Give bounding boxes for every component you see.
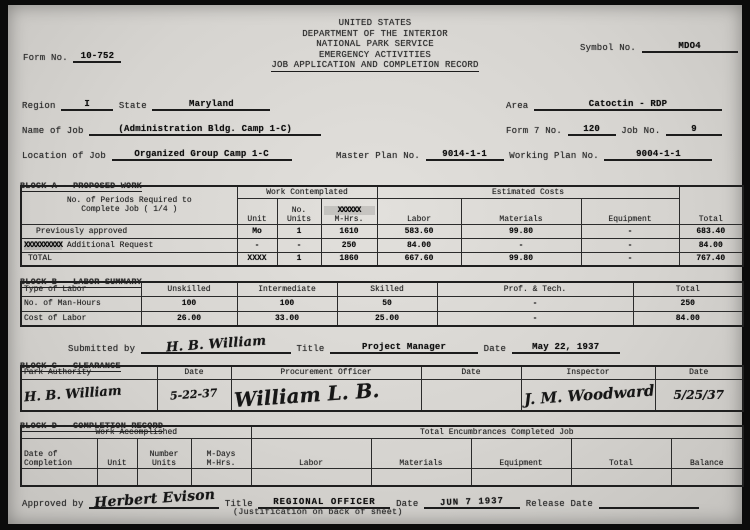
approved-signature: Herbert Evison xyxy=(89,491,219,509)
job-name-line: Name of Job (Administration Bldg. Camp 1… xyxy=(22,124,321,136)
row-label: TOTAL xyxy=(21,252,237,266)
row-label: Previously approved xyxy=(21,224,237,238)
block-a-row-previously-approved: Previously approved Mo 1 1610 583.60 99.… xyxy=(21,224,743,238)
area-label: Area xyxy=(506,101,528,111)
block-b-col-type: Type of Labor xyxy=(21,282,141,296)
state-value: Maryland xyxy=(152,99,270,111)
region-value: I xyxy=(61,99,113,111)
block-d-col-materials: Materials xyxy=(371,438,471,468)
letterhead-line-1: UNITED STATES xyxy=(8,18,742,29)
block-b-col-unskilled: Unskilled xyxy=(141,282,237,296)
submitted-line: Submitted by H. B. William Title Project… xyxy=(68,337,620,354)
block-c-col-park: Park Authority xyxy=(21,366,157,379)
block-d-col-total: Total xyxy=(571,438,671,468)
inspector-date: 5/25/37 xyxy=(655,379,743,411)
job-name-label: Name of Job xyxy=(22,126,84,136)
park-authority-date: 5-22-37 xyxy=(157,379,231,411)
block-c-col-date3: Date xyxy=(655,366,743,379)
submitted-date-label: Date xyxy=(484,344,506,354)
block-a-col-unit: Unit xyxy=(237,198,277,224)
block-c-col-date2: Date xyxy=(421,366,521,379)
master-plan-value: 9014-1-1 xyxy=(426,149,504,161)
block-c-table: Park Authority Date Procurement Officer … xyxy=(20,365,742,412)
procurement-officer-date xyxy=(421,379,521,411)
block-d-group-work: Work Accomplished xyxy=(21,426,251,438)
block-c-col-procurement: Procurement Officer xyxy=(231,366,421,379)
job-name-value: (Administration Bldg. Camp 1-C) xyxy=(89,124,321,136)
block-b-col-intermediate: Intermediate xyxy=(237,282,337,296)
submitted-date-value: May 22, 1937 xyxy=(512,342,620,354)
justification-note: (Justification on back of sheet) xyxy=(233,507,403,517)
block-a-row-additional-request: XXXXXXXXXX Additional Request - - 250 84… xyxy=(21,238,743,252)
struck-mdays: XXXXXX xyxy=(324,206,375,215)
symbol-number: Symbol No. MDO4 xyxy=(580,41,738,53)
block-a-group-costs: Estimated Costs xyxy=(377,186,679,198)
row-label: No. of Man-Hours xyxy=(21,296,141,311)
plans-line: Master Plan No. 9014-1-1 Working Plan No… xyxy=(336,149,712,161)
block-b-row-manhours: No. of Man-Hours 100 100 50 - 250 xyxy=(21,296,743,311)
block-d-col-balance: Balance xyxy=(671,438,743,468)
procurement-officer-signature: William L. B. xyxy=(231,379,421,411)
block-d-col-labor: Labor xyxy=(251,438,371,468)
block-c-col-date1: Date xyxy=(157,366,231,379)
row-label: Cost of Labor xyxy=(21,311,141,326)
release-date-value xyxy=(599,507,699,509)
block-d-col-equipment: Equipment xyxy=(471,438,571,468)
symbol-number-value: MDO4 xyxy=(642,41,738,53)
block-d-col-number-units: Number Units xyxy=(137,438,191,468)
region-label: Region xyxy=(22,101,56,111)
block-d-empty-row xyxy=(21,468,743,486)
park-authority-signature: H. B. William xyxy=(21,379,157,411)
working-plan-label: Working Plan No. xyxy=(509,151,599,161)
submitted-title-value: Project Manager xyxy=(330,342,478,354)
form-number-value: 10-752 xyxy=(73,51,121,63)
form-number: Form No. 10-752 xyxy=(23,51,121,63)
approved-label: Approved by xyxy=(22,499,84,509)
location-label: Location of Job xyxy=(22,151,106,161)
block-b-col-prof: Prof. & Tech. xyxy=(437,282,633,296)
block-c-signature-row: H. B. William 5-22-37 William L. B. J. M… xyxy=(21,379,743,411)
block-d-col-completion: Date of Completion xyxy=(21,438,97,468)
block-a-group-work: Work Contemplated xyxy=(237,186,377,198)
block-b-col-skilled: Skilled xyxy=(337,282,437,296)
state-label: State xyxy=(119,101,147,111)
submitted-signature: H. B. William xyxy=(141,337,291,354)
approved-date-stamp: JUN 7 1937 xyxy=(424,497,520,509)
block-d-col-mdays: M-Days M-Hrs. xyxy=(191,438,251,468)
master-plan-label: Master Plan No. xyxy=(336,151,420,161)
block-a-head-left: No. of Periods Required to Complete Job … xyxy=(21,186,237,224)
block-d-group-encumbrances: Total Encumbrances Completed Job xyxy=(251,426,743,438)
block-a-col-equipment: Equipment xyxy=(581,198,679,224)
form-title: JOB APPLICATION AND COMPLETION RECORD xyxy=(271,60,478,72)
block-a-col-labor: Labor xyxy=(377,198,461,224)
submitted-label: Submitted by xyxy=(68,344,135,354)
inspector-signature: J. M. Woodward xyxy=(521,379,655,411)
block-a-table: No. of Periods Required to Complete Job … xyxy=(20,185,742,267)
form-paper: UNITED STATES DEPARTMENT OF THE INTERIOR… xyxy=(8,5,742,524)
block-a-col-total: Total xyxy=(679,186,743,224)
block-a-col-materials: Materials xyxy=(461,198,581,224)
scanned-form-screenshot: UNITED STATES DEPARTMENT OF THE INTERIOR… xyxy=(0,0,750,530)
working-plan-value: 9004-1-1 xyxy=(604,149,712,161)
submitted-title-label: Title xyxy=(296,344,324,354)
form7-job-line: Form 7 No. 120 Job No. 9 xyxy=(506,124,722,136)
block-a-row-total: TOTAL XXXX 1 1860 667.60 99.80 - 767.40 xyxy=(21,252,743,266)
location-line: Location of Job Organized Group Camp 1-C xyxy=(22,149,292,161)
block-d-col-unit: Unit xyxy=(97,438,137,468)
block-a-col-units: No. Units xyxy=(277,198,321,224)
row-label: XXXXXXXXXX Additional Request xyxy=(21,238,237,252)
letterhead-line-2: DEPARTMENT OF THE INTERIOR xyxy=(8,29,742,40)
form7-value: 120 xyxy=(568,124,616,136)
release-date-label: Release Date xyxy=(526,499,593,509)
symbol-number-label: Symbol No. xyxy=(580,43,636,53)
form7-label: Form 7 No. xyxy=(506,126,562,136)
jobno-value: 9 xyxy=(666,124,722,136)
jobno-label: Job No. xyxy=(621,126,660,136)
area-line: Area Catoctin - RDP xyxy=(506,99,722,111)
form-number-label: Form No. xyxy=(23,53,68,63)
region-state-line: Region I State Maryland xyxy=(22,99,270,111)
block-b-col-total: Total xyxy=(633,282,743,296)
block-b-row-cost: Cost of Labor 26.00 33.00 25.00 - 84.00 xyxy=(21,311,743,326)
block-a-col-mhrs: XXXXXX M-Hrs. xyxy=(321,198,377,224)
block-b-table: Type of Labor Unskilled Intermediate Ski… xyxy=(20,281,742,327)
location-value: Organized Group Camp 1-C xyxy=(112,149,292,161)
area-value: Catoctin - RDP xyxy=(534,99,722,111)
struck-word: XXXXXXXXXX xyxy=(24,241,62,250)
block-c-col-inspector: Inspector xyxy=(521,366,655,379)
block-d-table: Work Accomplished Total Encumbrances Com… xyxy=(20,425,742,487)
